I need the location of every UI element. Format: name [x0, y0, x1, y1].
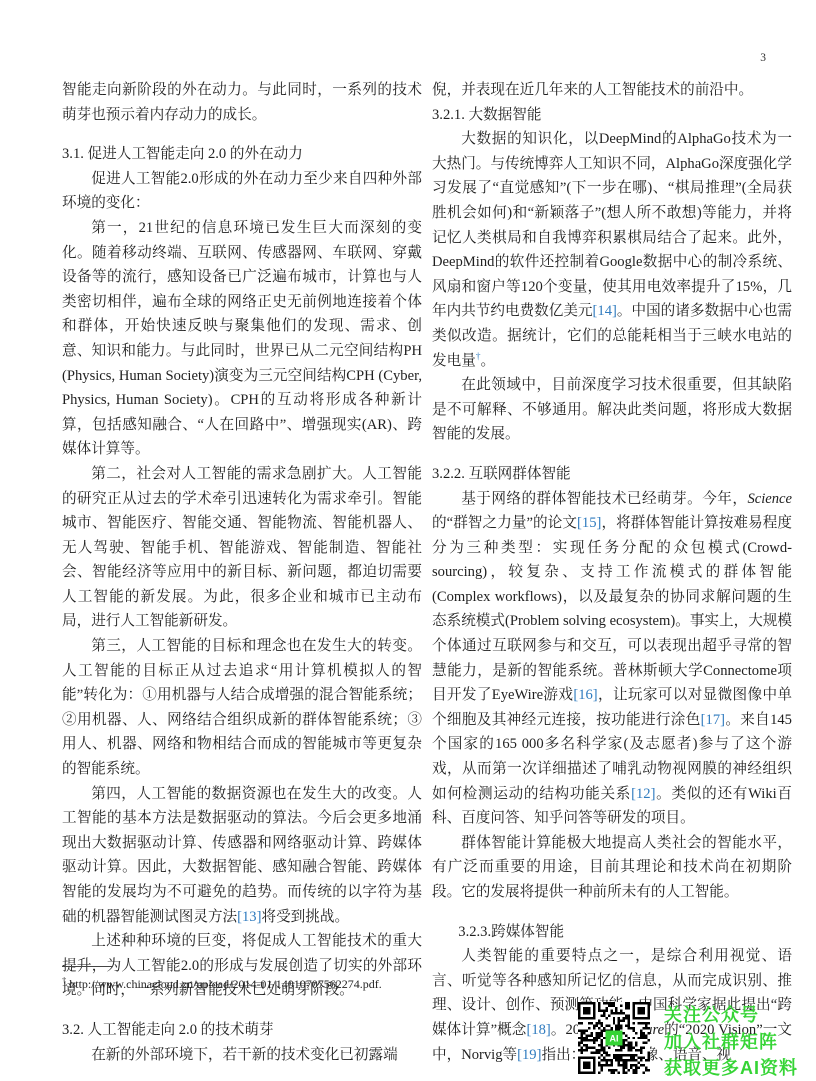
citation-link[interactable]: [18] [526, 1022, 550, 1038]
citation-link[interactable]: [13] [237, 909, 261, 925]
paragraph: 第三，人工智能的目标和理念也在发生大的转变。人工智能的目标正从过去追求“用计算机… [62, 634, 422, 782]
citation-link[interactable]: [16] [573, 687, 597, 703]
paragraph: 智能走向新阶段的外在动力。与此同时，一系列的技术萌芽也预示着内存动力的成长。 [62, 78, 422, 127]
wechat-promo-block: AI 关注公众号 加入社群矩阵 获取更多AI资料 [578, 1002, 798, 1081]
right-column: 倪，并表现在近几年来的人工智能技术的前沿中。3.2.1. 大数据智能大数据的知识… [432, 78, 792, 1067]
footnote-dagger-marker: † [62, 975, 66, 985]
footnote-rule [62, 966, 112, 967]
text-run: ，将群体智能计算按难易程度分为三种类型：实现任务分配的众包模式(Crowd-so… [432, 515, 792, 703]
citation-link[interactable]: [17] [701, 712, 725, 728]
text-run: 的“群智之力量”的论文 [432, 515, 577, 531]
text-run: 将受到挑战。 [261, 909, 349, 925]
promo-line-3: 获取更多AI资料 [664, 1055, 798, 1081]
left-column: 智能走向新阶段的外在动力。与此同时，一系列的技术萌芽也预示着内存动力的成长。3.… [62, 78, 422, 1067]
promo-text: 关注公众号 加入社群矩阵 获取更多AI资料 [664, 1002, 798, 1081]
citation-link[interactable]: [14] [593, 303, 617, 319]
page-number: 3 [760, 52, 766, 64]
qr-code: AI [578, 1002, 650, 1074]
paragraph: 大数据的知识化，以DeepMind的AlphaGo技术为一大热门。与传统博弈人工… [432, 127, 792, 373]
paragraph: 促进人工智能2.0形成的外在动力至少来自四种外部环境的变化： [62, 167, 422, 216]
document-page: { "page_number": "3", "colors": { "citat… [0, 0, 816, 1081]
text-run: 第一，21世纪的信息环境已发生巨大而深刻的变化。随着移动终端、互联网、传感器网、… [62, 220, 422, 457]
paragraph: 第二，社会对人工智能的需求急剧扩大。人工智能的研究正从过去的学术牵引迅速转化为需… [62, 462, 422, 634]
text-run: 在此领域中，目前深度学习技术很重要，但其缺陷是不可解释、不够通用。解决此类问题，… [432, 377, 792, 442]
paragraph: 第一，21世纪的信息环境已发生巨大而深刻的变化。随着移动终端、互联网、传感器网、… [62, 216, 422, 462]
text-run: 在新的外部环境下，若干新的技术变化已初露端 [91, 1047, 397, 1063]
text-run: 促进人工智能2.0形成的外在动力至少来自四种外部环境的变化： [62, 171, 422, 212]
section-heading: 3.2. 人工智能走向 2.0 的技术萌芽 [62, 1018, 422, 1043]
footnote-url: http://www.chinacloud.cn/upload/2014-01/… [69, 977, 382, 991]
text-run: 第三，人工智能的目标和理念也在发生大的转变。人工智能的目标正从过去追求“用计算机… [62, 638, 422, 777]
paragraph: 基于网络的群体智能技术已经萌芽。今年，Science的“群智之力量”的论文[15… [432, 487, 792, 831]
paragraph: 在新的外部环境下，若干新的技术变化已初露端 [62, 1043, 422, 1068]
promo-line-1: 关注公众号 [664, 1002, 798, 1029]
text-run: 倪，并表现在近几年来的人工智能技术的前沿中。 [432, 82, 753, 98]
text-run: 第二，社会对人工智能的需求急剧扩大。人工智能的研究正从过去的学术牵引迅速转化为需… [62, 466, 422, 630]
text-run: 大数据的知识化，以DeepMind的AlphaGo技术为一大热门。与传统博弈人工… [432, 131, 792, 319]
section-heading: 3.2.2. 互联网群体智能 [432, 462, 792, 487]
paragraph: 倪，并表现在近几年来的人工智能技术的前沿中。 [432, 78, 792, 103]
promo-line-2: 加入社群矩阵 [664, 1029, 798, 1056]
paragraph: 在此领域中，目前深度学习技术很重要，但其缺陷是不可解释、不够通用。解决此类问题，… [432, 373, 792, 447]
text-run: 。 [481, 353, 496, 369]
qr-center-ai-logo: AI [606, 1031, 623, 1046]
citation-link[interactable]: [12] [631, 786, 655, 802]
footnote: †http://www.chinacloud.cn/upload/2014-01… [62, 966, 422, 992]
paragraph: 群体智能计算能极大地提高人类社会的智能水平，有广泛而重要的用途，目前其理论和技术… [432, 831, 792, 905]
paragraph: 第四，人工智能的数据资源也在发生大的改变。人工智能的基本方法是数据驱动的算法。今… [62, 782, 422, 930]
section-heading: 3.2.3.跨媒体智能 [432, 920, 792, 945]
text-run: 基于网络的群体智能技术已经萌芽。今年， [461, 491, 747, 507]
text-run: 智能走向新阶段的外在动力。与此同时，一系列的技术萌芽也预示着内存动力的成长。 [62, 82, 422, 123]
section-heading: 3.2.1. 大数据智能 [432, 103, 792, 128]
citation-link[interactable]: [15] [577, 515, 601, 531]
text-run: 群体智能计算能极大地提高人类社会的智能水平，有广泛而重要的用途，目前其理论和技术… [432, 835, 792, 900]
section-heading: 3.1. 促进人工智能走向 2.0 的外在动力 [62, 142, 422, 167]
italic-journal-name: Science [747, 491, 792, 507]
footnote-text: †http://www.chinacloud.cn/upload/2014-01… [62, 972, 422, 992]
text-run: 第四，人工智能的数据资源也在发生大的改变。人工智能的基本方法是数据驱动的算法。今… [62, 786, 422, 925]
citation-link[interactable]: [19] [517, 1047, 541, 1063]
